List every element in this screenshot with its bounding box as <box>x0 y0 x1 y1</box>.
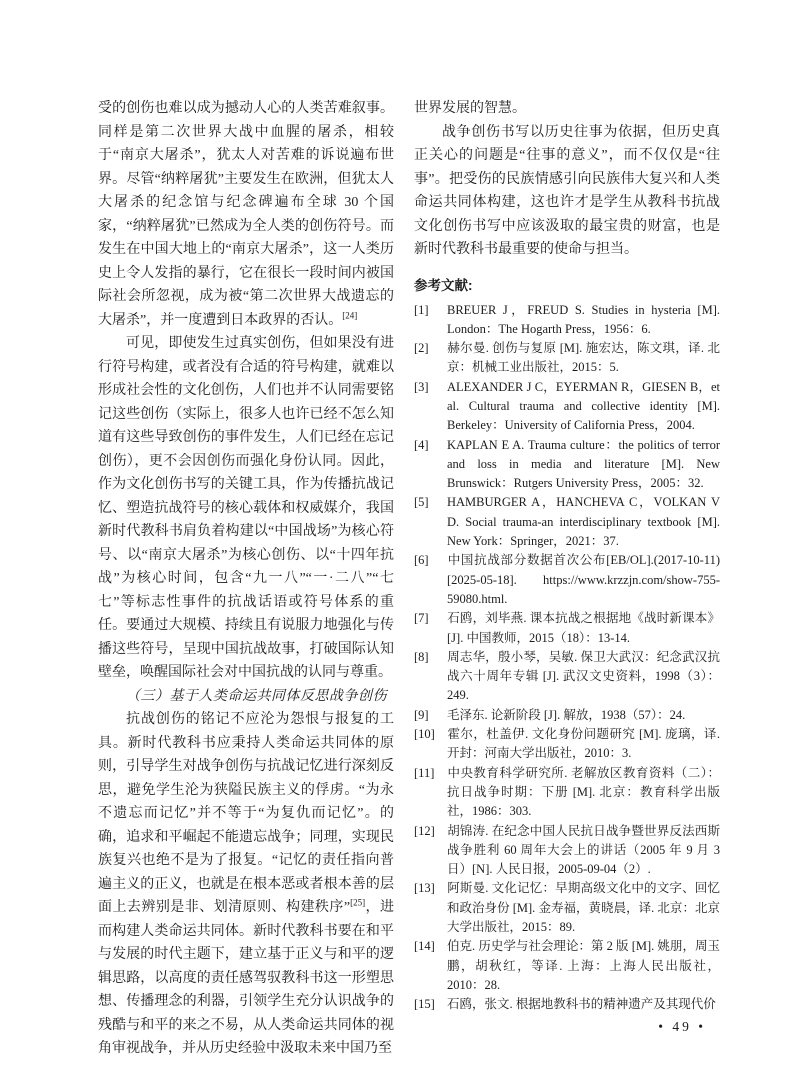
reference-number: [13] <box>414 879 447 898</box>
reference-number: [1] <box>414 301 447 320</box>
page-number: • 49 • <box>414 1019 720 1035</box>
reference-text: HAMBURGER A，HANCHEVA C，VOLKAN V D. Socia… <box>447 495 720 548</box>
reference-text: 毛泽东. 论新阶段 [J]. 解放，1938（57）：24. <box>447 708 685 722</box>
reference-number: [4] <box>414 436 447 455</box>
left-column: 受的创伤也难以成为撼动人心的人类苦难叙事。同样是第二次世界大战中血腥的屠杀，相较… <box>98 97 394 1061</box>
reference-number: [7] <box>414 609 447 628</box>
reference-item: [14]伯克. 历史学与社会理论：第 2 版 [M]. 姚朋，周玉鹏，胡秋红，等… <box>414 937 720 995</box>
body-paragraph: 战争创伤书写以历史往事为依据，但历史真正关心的问题是“往事的意义”，而不仅仅是“… <box>414 121 720 262</box>
reference-item: [9]毛泽东. 论新阶段 [J]. 解放，1938（57）：24. <box>414 706 720 725</box>
reference-text: KAPLAN E A. Trauma culture：the politics … <box>447 438 720 491</box>
body-paragraph: 世界发展的智慧。 <box>414 97 720 121</box>
reference-number: [2] <box>414 339 447 358</box>
reference-text: 周志华，殷小琴，吴敏. 保卫大武汉：纪念武汉抗战六十周年专辑 [J]. 武汉文史… <box>447 650 720 703</box>
reference-item: [10]霍尔，杜盖伊. 文化身份问题研究 [M]. 庞璃，译. 开封：河南大学出… <box>414 725 720 764</box>
body-paragraph: 受的创伤也难以成为撼动人心的人类苦难叙事。同样是第二次世界大战中血腥的屠杀，相较… <box>98 97 394 332</box>
reference-text: 中央教育科学研究所. 老解放区教育资料（二）：抗日战争时期：下册 [M]. 北京… <box>447 766 720 819</box>
reference-item: [2]赫尔曼. 创伤与复原 [M]. 施宏达，陈文琪，译. 北京：机械工业出版社… <box>414 339 720 378</box>
reference-item: [12]胡锦涛. 在纪念中国人民抗日战争暨世界反法西斯战争胜利 60 周年大会上… <box>414 822 720 880</box>
reference-number: [11] <box>414 764 447 783</box>
reference-item: [6]中国抗战部分数据首次公布[EB/OL].(2017-10-11)[2025… <box>414 551 720 609</box>
reference-item: [11]中央教育科学研究所. 老解放区教育资料（二）：抗日战争时期：下册 [M]… <box>414 764 720 822</box>
reference-text: 中国抗战部分数据首次公布[EB/OL].(2017-10-11)[2025-05… <box>447 553 720 606</box>
reference-text: 胡锦涛. 在纪念中国人民抗日战争暨世界反法西斯战争胜利 60 周年大会上的讲话（… <box>447 824 720 877</box>
right-column: 世界发展的智慧。战争创伤书写以历史往事为依据，但历史真正关心的问题是“往事的意义… <box>414 97 720 1035</box>
reference-text: 伯克. 历史学与社会理论：第 2 版 [M]. 姚朋，周玉鹏，胡秋红，等译. 上… <box>447 939 720 992</box>
reference-number: [3] <box>414 378 447 397</box>
reference-number: [6] <box>414 551 447 570</box>
reference-text: BREUER J，FREUD S. Studies in hysteria [M… <box>447 303 720 336</box>
reference-text: 赫尔曼. 创伤与复原 [M]. 施宏达，陈文琪，译. 北京：机械工业出版社，20… <box>447 341 720 374</box>
right-column-paragraphs: 世界发展的智慧。战争创伤书写以历史往事为依据，但历史真正关心的问题是“往事的意义… <box>414 97 720 262</box>
reference-number: [15] <box>414 995 447 1014</box>
reference-text: ALEXANDER J C，EYERMAN R，GIESEN B，et al. … <box>447 380 720 433</box>
reference-number: [10] <box>414 725 447 744</box>
citation-marker: [24] <box>342 310 357 320</box>
reference-item: [4]KAPLAN E A. Trauma culture：the politi… <box>414 436 720 494</box>
reference-item: [1]BREUER J，FREUD S. Studies in hysteria… <box>414 301 720 340</box>
reference-item: [7]石鸥，刘毕燕. 课本抗战之根据地《战时新课本》[J]. 中国教师，2015… <box>414 609 720 648</box>
reference-text: 阿斯曼. 文化记忆：早期高级文化中的文字、回忆和政治身份 [M]. 金寿福，黄晓… <box>447 881 720 934</box>
reference-text: 霍尔，杜盖伊. 文化身份问题研究 [M]. 庞璃，译. 开封：河南大学出版社，2… <box>447 727 720 760</box>
journal-page: 受的创伤也难以成为撼动人心的人类苦难叙事。同样是第二次世界大战中血腥的屠杀，相较… <box>0 0 800 1077</box>
body-paragraph: 可见，即使发生过真实创伤，但如果没有进行符号构建，或者没有合适的符号构建，就难以… <box>98 332 394 685</box>
reference-item: [5]HAMBURGER A，HANCHEVA C，VOLKAN V D. So… <box>414 493 720 551</box>
reference-item: [8]周志华，殷小琴，吴敏. 保卫大武汉：纪念武汉抗战六十周年专辑 [J]. 武… <box>414 648 720 706</box>
reference-text: 石鸥，刘毕燕. 课本抗战之根据地《战时新课本》[J]. 中国教师，2015（18… <box>447 611 720 644</box>
reference-item: [15]石鸥，张文. 根据地教科书的精神遗产及其现代价 <box>414 995 720 1014</box>
body-paragraph: 抗战创伤的铭记不应沦为怨恨与报复的工具。新时代教科书应秉持人类命运共同体的原则，… <box>98 708 394 1061</box>
references-heading: 参考文献: <box>414 274 720 294</box>
citation-marker: [25] <box>350 897 365 907</box>
subsection-heading: （三）基于人类命运共同体反思战争创伤 <box>98 685 394 709</box>
reference-number: [8] <box>414 648 447 667</box>
reference-item: [13]阿斯曼. 文化记忆：早期高级文化中的文字、回忆和政治身份 [M]. 金寿… <box>414 879 720 937</box>
reference-number: [5] <box>414 493 447 512</box>
reference-number: [12] <box>414 822 447 841</box>
references-list: [1]BREUER J，FREUD S. Studies in hysteria… <box>414 301 720 1015</box>
reference-number: [14] <box>414 937 447 956</box>
reference-text: 石鸥，张文. 根据地教科书的精神遗产及其现代价 <box>447 997 716 1011</box>
reference-item: [3]ALEXANDER J C，EYERMAN R，GIESEN B，et a… <box>414 378 720 436</box>
reference-number: [9] <box>414 706 447 725</box>
